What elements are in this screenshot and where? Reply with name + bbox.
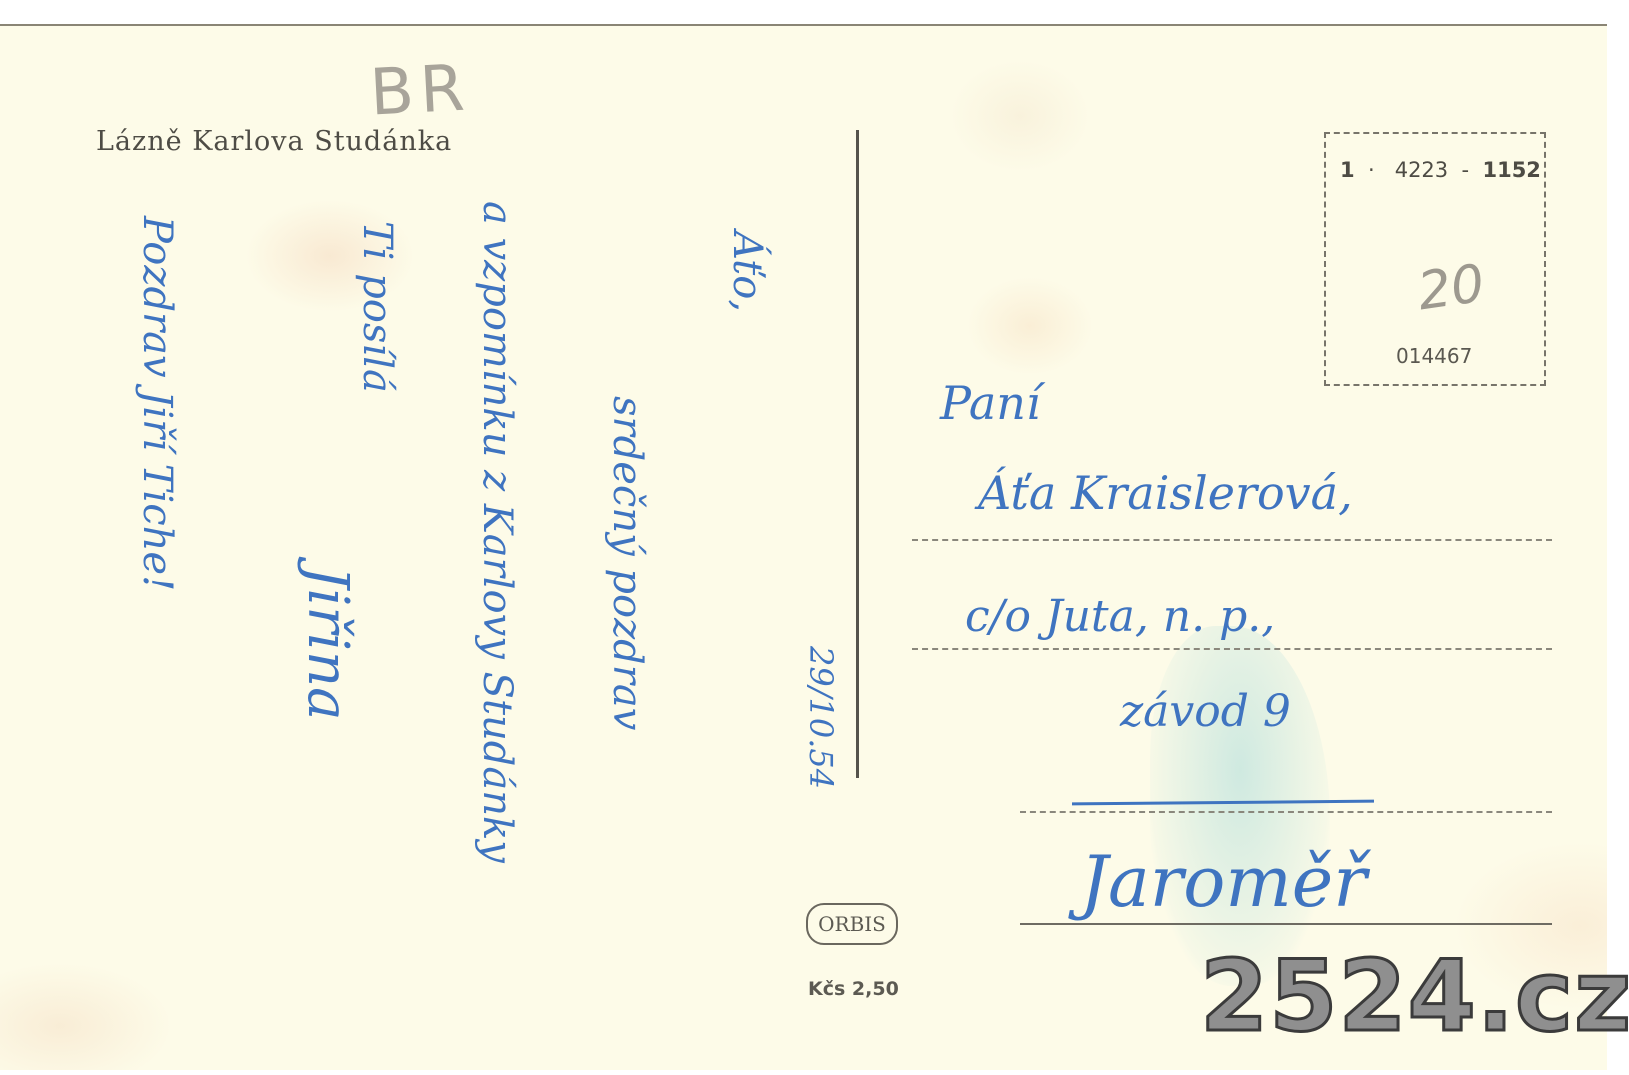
address-line-3: [1020, 811, 1552, 813]
stamp-code-prefix: 1: [1340, 158, 1355, 182]
message-date: 29/10.54: [802, 646, 840, 789]
message-line-2: a vzpomínku z Karlovy Studánky: [474, 201, 520, 863]
message-postscript: Pozdrav Jiří Tiche!: [134, 216, 180, 591]
watermark: 2524.cz: [1200, 940, 1629, 1054]
address-line-2: [912, 648, 1552, 650]
center-divider: [856, 130, 859, 778]
pencil-note-top: BR: [368, 51, 472, 130]
message-greeting: Áťo,: [724, 231, 770, 312]
address-line-3-text: závod 9: [1120, 686, 1291, 737]
address-line-1: [912, 539, 1552, 541]
stamp-code-dash: -: [1455, 158, 1476, 182]
postcard-title: Lázně Karlova Studánka: [96, 126, 452, 157]
address-line-2-text: c/o Juta, n. p.,: [965, 591, 1275, 642]
stamp-code-main: 4223: [1395, 158, 1448, 182]
postcard-back: BR Lázně Karlova Studánka Pozdrav Jiří T…: [0, 24, 1607, 1070]
publisher-logo: ORBIS: [806, 903, 898, 945]
address-line-4: [1020, 923, 1552, 925]
stamp-serial: 014467: [1396, 344, 1472, 368]
pencil-note-stamp: 20: [1414, 254, 1488, 323]
message-line-1: srdečný pozdrav: [604, 396, 650, 730]
address-city: Jaroměř: [1080, 841, 1367, 923]
price-label: Kčs 2,50: [808, 978, 899, 1000]
stamp-code-suffix: 1152: [1482, 158, 1540, 182]
message-line-3: Ti posílá: [354, 221, 400, 393]
stamp-code: 1 · 4223 - 1152: [1340, 158, 1541, 182]
stamp-code-dot: ·: [1361, 158, 1388, 182]
message-signature: Jiřina: [295, 566, 360, 721]
address-name-text: Áťa Kraislerová,: [978, 466, 1353, 520]
address-name: Áťa Kraislerová,: [978, 466, 1353, 520]
address-salutation: Paní: [940, 376, 1041, 430]
ink-stain: [1150, 626, 1330, 986]
